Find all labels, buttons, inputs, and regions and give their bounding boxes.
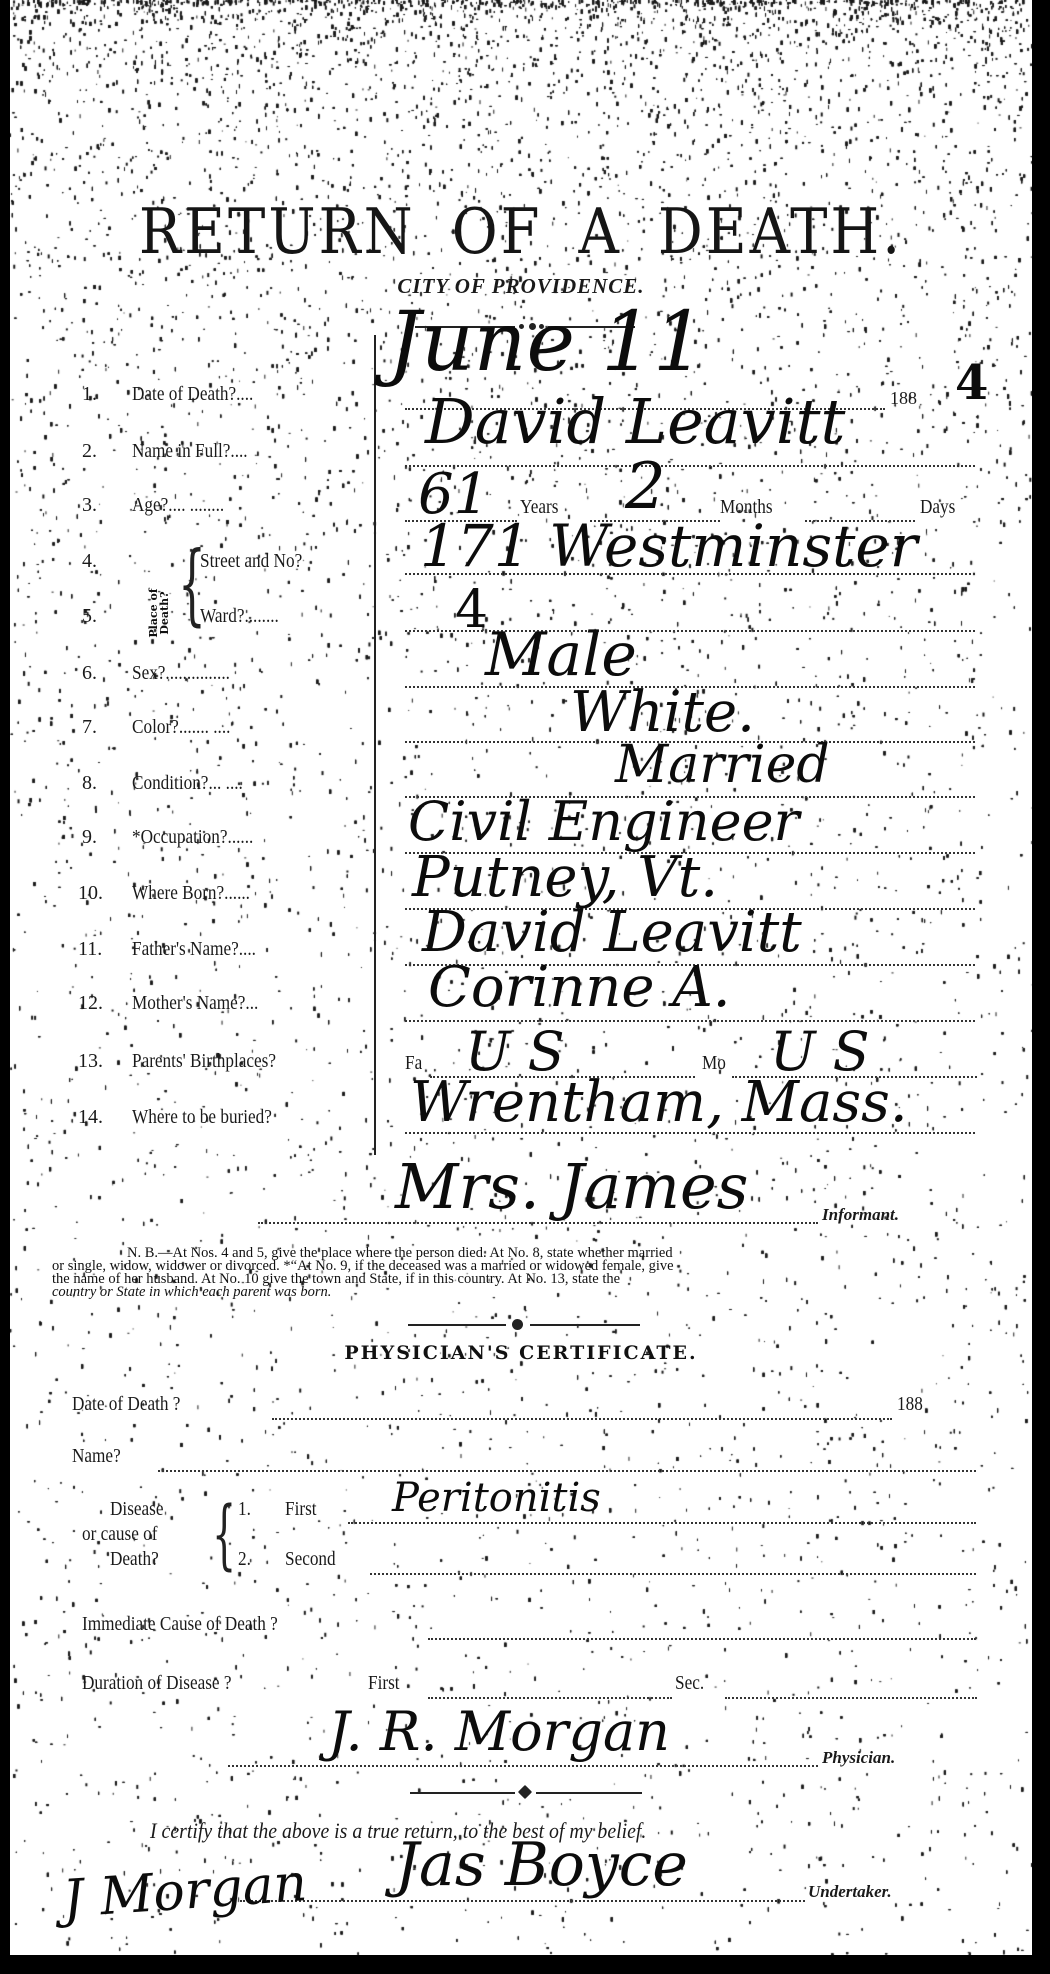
- first-cause-value: Peritonitis: [392, 1475, 601, 1521]
- cert-name-line: [158, 1470, 976, 1472]
- label-date-of-death: Date of Death?....: [132, 383, 253, 406]
- field-number: 5.: [82, 605, 97, 628]
- immediate-cause-line: [428, 1638, 976, 1640]
- undertaker-signature-line: [240, 1900, 805, 1902]
- date-of-death-value: June 11: [388, 295, 705, 390]
- form-title: RETURNOFADEATH.: [10, 196, 1032, 269]
- where-buried-value: Wrentham, Mass.: [410, 1070, 908, 1135]
- year-prefix: 188: [890, 388, 917, 409]
- label-first-cause: First: [285, 1498, 317, 1521]
- year-suffix-value: 4: [955, 355, 988, 411]
- label-or-cause-of: or cause of: [82, 1523, 157, 1546]
- street-value: 171 Westminster: [420, 512, 917, 580]
- field-number: 1.: [82, 383, 97, 406]
- field-number: 3.: [82, 494, 97, 517]
- note-line: country or State in which each parent wa…: [52, 1286, 992, 1299]
- undertaker-signature: Jas Boyce: [395, 1830, 688, 1900]
- name-in-full-value: David Leavitt: [425, 385, 845, 458]
- name-line: [405, 465, 975, 467]
- informant-label: Informant.: [822, 1205, 899, 1225]
- undertaker-label: Undertaker.: [808, 1882, 892, 1902]
- label-fathers-name: Father's Name?....: [132, 938, 256, 961]
- field-number: 4.: [82, 550, 97, 573]
- label-name-in-full: Name in Full?....: [132, 440, 248, 463]
- death-label: Death?: [159, 588, 170, 638]
- physician-signature-line: [228, 1765, 818, 1767]
- label-ward: Ward?........: [200, 605, 279, 628]
- title-word: OF: [452, 196, 543, 269]
- death-return-form: RETURNOFADEATH. CITY OF PROVIDENCE. 1. D…: [10, 0, 1032, 1955]
- label-immediate-cause: Immediate Cause of Death ?: [82, 1613, 278, 1636]
- label-cert-name: Name?: [72, 1445, 121, 1468]
- physicians-certificate-heading: PHYSICIAN'S CERTIFICATE.: [10, 1342, 1032, 1364]
- label-occupation: *Occupation?......: [132, 826, 253, 849]
- mothers-name-value: Corinne A.: [428, 955, 731, 1020]
- label-where-born: Where Born?......: [132, 882, 250, 905]
- field-number: 11.: [78, 938, 102, 961]
- field-number: 14.: [78, 1106, 103, 1129]
- duration-second-line: [725, 1697, 977, 1699]
- ornament-divider: [410, 1786, 642, 1800]
- label-parents-birthplaces: Parents' Birthplaces?: [132, 1050, 276, 1073]
- condition-value: Married: [615, 735, 830, 795]
- field-number: 8.: [82, 772, 97, 795]
- label-mothers-name: Mother's Name?...: [132, 992, 258, 1015]
- label-age: Age?.... ........: [132, 494, 224, 517]
- field-number: 13.: [78, 1050, 103, 1073]
- ward-value: 4: [455, 580, 488, 640]
- label-cert-date-of-death: Date of Death ?: [72, 1393, 180, 1416]
- title-word: DEATH.: [658, 196, 903, 269]
- place-of-death-label: Place of Death?: [148, 588, 170, 638]
- label-duration-first: First: [368, 1672, 400, 1695]
- second-cause-number: 2.: [238, 1548, 251, 1571]
- instruction-note: N. B.—At Nos. 4 and 5, give the place wh…: [52, 1247, 992, 1299]
- field-number: 2.: [82, 440, 97, 463]
- title-word: RETURN: [139, 196, 416, 269]
- margin-signature: J Morgan: [61, 1853, 309, 1930]
- label-disease: Disease: [110, 1498, 163, 1521]
- label-death: Death?: [110, 1548, 159, 1571]
- second-cause-line: [370, 1573, 976, 1575]
- ornament-divider: [408, 1318, 640, 1332]
- label-condition: Condition?... ....: [132, 772, 243, 795]
- first-cause-line: [348, 1522, 976, 1524]
- field-number: 6.: [82, 662, 97, 685]
- label-color: Color?....... ....: [132, 716, 230, 739]
- label-second-cause: Second: [285, 1548, 336, 1571]
- label-where-buried: Where to be buried?: [132, 1106, 272, 1129]
- title-word: A: [578, 196, 621, 269]
- label-duration: Duration of Disease ?: [82, 1672, 231, 1695]
- label-duration-second: Sec.: [675, 1672, 704, 1695]
- field-number: 12.: [78, 992, 103, 1015]
- duration-first-line: [428, 1697, 672, 1699]
- field-number: 9.: [82, 826, 97, 849]
- physician-label: Physician.: [822, 1748, 895, 1768]
- column-divider: [374, 335, 376, 1155]
- physician-signature: J. R. Morgan: [328, 1700, 670, 1763]
- label-sex: Sex?...............: [132, 662, 230, 685]
- occupation-value: Civil Engineer: [408, 790, 799, 853]
- cert-date-line: [272, 1418, 892, 1420]
- bracket-icon: {: [212, 1496, 236, 1572]
- label-street: Street and No?: [200, 550, 302, 573]
- informant-signature: Mrs. James: [395, 1150, 748, 1223]
- first-cause-number: 1.: [238, 1498, 251, 1521]
- field-number: 7.: [82, 716, 97, 739]
- field-number: 10.: [78, 882, 103, 905]
- days-label: Days: [920, 496, 955, 519]
- cert-year-prefix: 188: [897, 1393, 923, 1416]
